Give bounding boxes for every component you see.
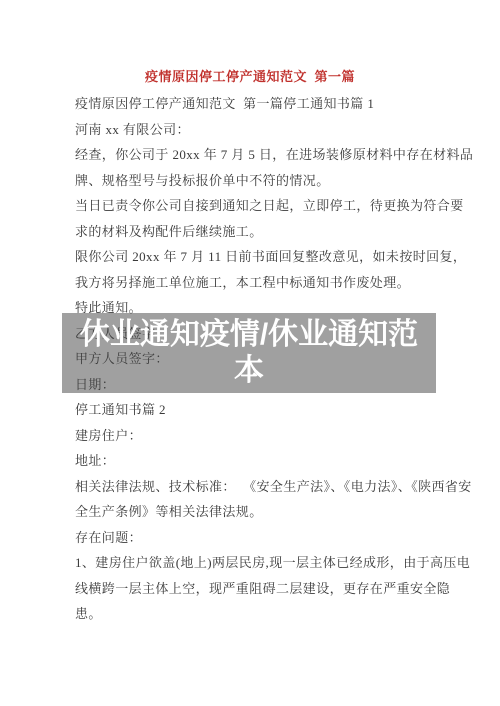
- text-line: 疫情原因停工停产通知范文 第一篇停工通知书篇 1: [75, 91, 473, 117]
- text-line: 存在问题：: [75, 525, 473, 551]
- text-line: 地址：: [75, 448, 473, 474]
- text-line: 牌、规格型号与投标报价单中不符的情况。: [75, 168, 473, 194]
- document-page: 疫情原因停工停产通知范文 第一篇 疫情原因停工停产通知范文 第一篇停工通知书篇 …: [0, 0, 500, 706]
- text-line: 全生产条例》等相关法律法规。: [75, 499, 473, 525]
- text-line: 相关法律法规、技术标准： 《安全生产法》、《电力法》、《陕西省安: [75, 474, 473, 500]
- text-line: 1、建房住户欲盖(地上)两层民房,现一层主体已经成形，由于高压电: [75, 550, 473, 576]
- text-line: 停工通知书篇 2: [75, 397, 473, 423]
- text-line: 河南 xx 有限公司：: [75, 117, 473, 143]
- text-line: 限你公司 20xx 年 7 月 11 日前书面回复整改意见，如未按时回复，: [75, 244, 473, 270]
- text-line: 求的材料及构配件后继续施工。: [75, 219, 473, 245]
- text-line: 建房住户：: [75, 423, 473, 449]
- overlay-heading-line1: 休业通知疫情/休业通知范: [80, 317, 418, 353]
- text-line: 当日已责令你公司自接到通知之日起，立即停工，待更换为符合要: [75, 193, 473, 219]
- text-line: 线横跨一层主体上空，现严重阻碍二层建设，更存在严重安全隐: [75, 576, 473, 602]
- text-line: 我方将另择施工单位施工，本工程中标通知书作废处理。: [75, 270, 473, 296]
- document-title: 疫情原因停工停产通知范文 第一篇: [0, 66, 500, 85]
- text-line: 患。: [75, 601, 473, 627]
- overlay-heading-line2: 本: [234, 353, 264, 389]
- text-line: 经查，你公司于 20xx 年 7 月 5 日，在进场装修原材料中存在材料品: [75, 142, 473, 168]
- overlay-heading: 休业通知疫情/休业通知范 本: [62, 313, 436, 393]
